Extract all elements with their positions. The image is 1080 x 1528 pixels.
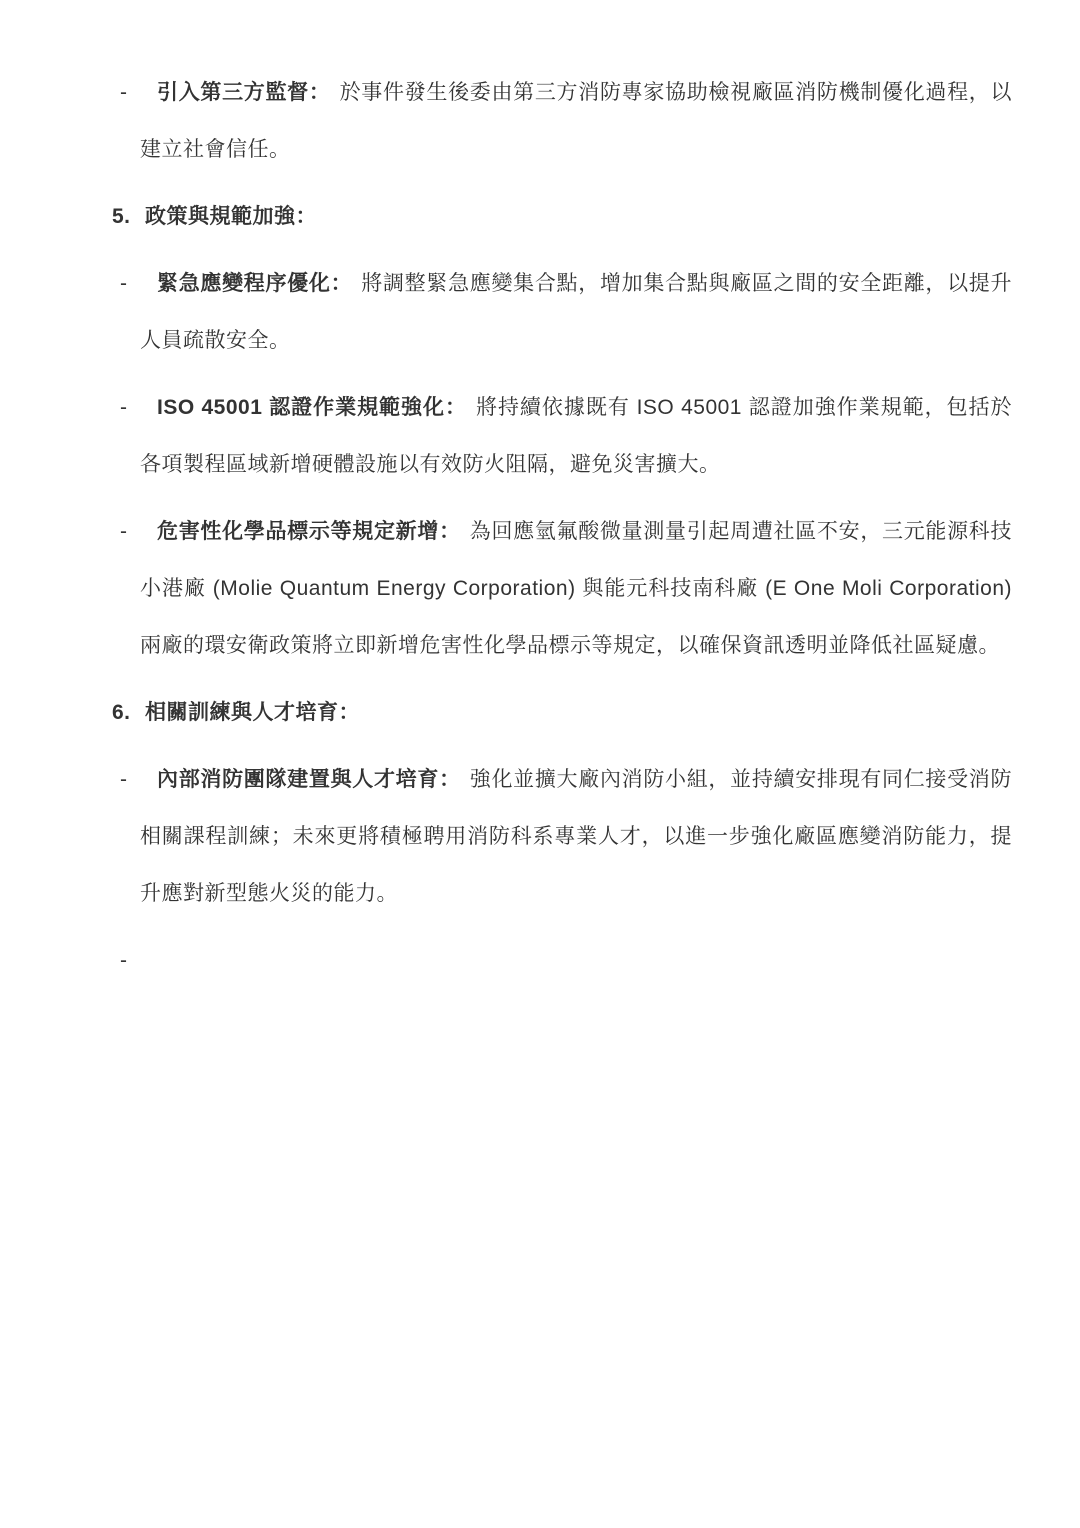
document-page: -引入第三方監督：於事件發生後委由第三方消防專家協助檢視廠區消防機制優化過程，以…	[0, 0, 1012, 989]
list-item-emergency-procedure: -緊急應變程序優化：將調整緊急應變集合點，增加集合點與廠區之間的安全距離，以提升…	[0, 255, 1012, 369]
section-heading-6: 6.相關訓練與人才培育：	[0, 684, 1012, 741]
section-title: 相關訓練與人才培育：	[145, 701, 360, 724]
bullet-dash: -	[120, 255, 128, 312]
bullet-lead: 內部消防團隊建置與人才培育：	[157, 768, 461, 791]
section-heading-5: 5.政策與規範加強：	[0, 188, 1012, 245]
section-number: 6.	[112, 684, 145, 741]
section-title: 政策與規範加強：	[145, 205, 317, 228]
bullet-dash: -	[120, 379, 128, 436]
bullet-lead: 引入第三方監督：	[157, 81, 331, 104]
bullet-dash: -	[120, 751, 128, 808]
section-number: 5.	[112, 188, 145, 245]
bullet-lead: 危害性化學品標示等規定新增：	[157, 520, 461, 543]
list-item-hazardous-chemical-labeling: -危害性化學品標示等規定新增：為回應氫氟酸微量測量引起周遭社區不安，三元能源科技…	[0, 503, 1012, 674]
dash-mark: -	[120, 949, 128, 972]
bullet-lead: ISO 45001 認證作業規範強化：	[157, 396, 467, 419]
list-item-third-party-supervision: -引入第三方監督：於事件發生後委由第三方消防專家協助檢視廠區消防機制優化過程，以…	[0, 64, 1012, 178]
bullet-dash: -	[120, 64, 128, 121]
bullet-lead: 緊急應變程序優化：	[157, 272, 352, 295]
list-item-internal-fire-team: -內部消防團隊建置與人才培育：強化並擴大廠內消防小組，並持續安排現有同仁接受消防…	[0, 751, 1012, 922]
list-item-iso-45001: -ISO 45001 認證作業規範強化：將持續依據既有 ISO 45001 認證…	[0, 379, 1012, 493]
trailing-dash: -	[0, 932, 1012, 989]
bullet-dash: -	[120, 503, 128, 560]
